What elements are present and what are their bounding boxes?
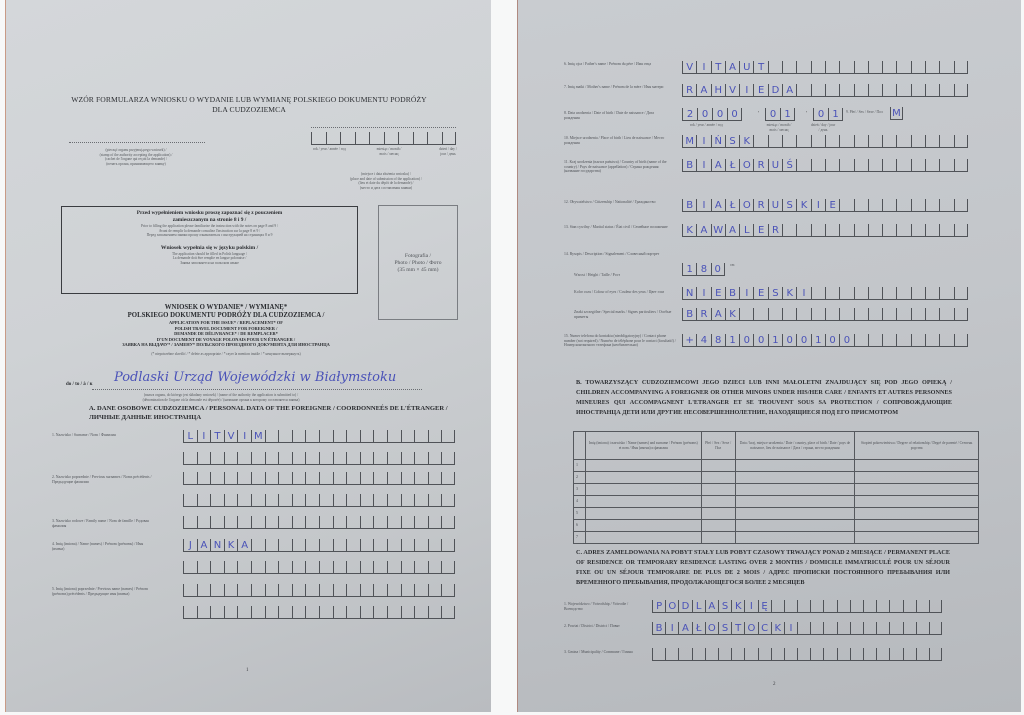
char-box[interactable] (428, 539, 442, 552)
char-box[interactable] (925, 159, 939, 172)
char-box[interactable] (925, 334, 939, 347)
char-box[interactable] (954, 159, 968, 172)
char-box[interactable] (373, 472, 387, 485)
char-box[interactable] (387, 516, 401, 529)
char-box[interactable] (854, 159, 868, 172)
char-box[interactable] (850, 622, 863, 635)
char-box[interactable]: 1 (811, 334, 825, 347)
char-box[interactable] (796, 135, 810, 148)
char-box[interactable] (346, 516, 360, 529)
char-box[interactable] (854, 224, 868, 237)
char-box[interactable]: A (696, 84, 710, 97)
char-box[interactable] (784, 648, 797, 661)
char-box[interactable]: Ł (725, 199, 739, 212)
char-box[interactable]: R (768, 224, 782, 237)
char-box[interactable] (882, 199, 896, 212)
char-box[interactable] (319, 516, 333, 529)
char-box[interactable]: T (711, 61, 725, 74)
char-box[interactable]: Ś (782, 159, 796, 172)
char-box[interactable] (183, 561, 197, 574)
char-box[interactable] (825, 287, 839, 300)
char-box[interactable] (278, 606, 292, 619)
char-box[interactable]: 0 (813, 108, 828, 121)
char-box[interactable]: I (696, 135, 710, 148)
char-box[interactable] (360, 516, 374, 529)
char-input-row[interactable]: LITVIM (183, 430, 455, 443)
char-box[interactable]: K (731, 600, 744, 613)
char-box[interactable] (292, 430, 306, 443)
char-box[interactable] (882, 159, 896, 172)
char-box[interactable] (896, 308, 910, 321)
table-cell[interactable] (855, 532, 979, 544)
char-box[interactable] (237, 516, 251, 529)
table-cell[interactable] (855, 508, 979, 520)
char-box[interactable] (771, 648, 784, 661)
char-box[interactable]: 0 (825, 334, 839, 347)
char-box[interactable]: I (696, 287, 710, 300)
char-box[interactable] (197, 584, 211, 597)
char-box[interactable] (868, 61, 882, 74)
char-box[interactable] (292, 561, 306, 574)
char-box[interactable] (210, 516, 224, 529)
char-box[interactable]: T (210, 430, 224, 443)
char-box[interactable] (428, 430, 442, 443)
char-box[interactable]: U (739, 61, 753, 74)
char-box[interactable] (797, 622, 810, 635)
table-cell[interactable] (735, 532, 855, 544)
char-box[interactable] (441, 516, 455, 529)
char-box[interactable]: S (725, 135, 739, 148)
char-box[interactable]: M (682, 135, 696, 148)
char-box[interactable]: 2 (682, 108, 697, 121)
table-cell[interactable] (701, 532, 735, 544)
char-box[interactable] (373, 606, 387, 619)
char-box[interactable] (796, 308, 810, 321)
char-box[interactable] (854, 199, 868, 212)
char-box[interactable]: B (682, 159, 696, 172)
char-box[interactable] (360, 606, 374, 619)
table-cell[interactable] (701, 484, 735, 496)
char-box[interactable] (360, 494, 374, 507)
char-box[interactable] (810, 622, 823, 635)
char-box[interactable] (925, 84, 939, 97)
char-box[interactable] (224, 452, 238, 465)
table-cell[interactable] (735, 460, 855, 472)
char-box[interactable]: O (744, 622, 757, 635)
char-box[interactable] (414, 430, 428, 443)
char-box[interactable] (854, 135, 868, 148)
char-box[interactable] (373, 561, 387, 574)
char-box[interactable]: 0 (765, 108, 780, 121)
char-box[interactable] (210, 452, 224, 465)
char-box[interactable] (911, 159, 925, 172)
char-box[interactable] (292, 494, 306, 507)
char-box[interactable] (839, 135, 853, 148)
char-box[interactable] (825, 61, 839, 74)
char-box[interactable] (333, 516, 347, 529)
table-cell[interactable] (735, 496, 855, 508)
char-box[interactable]: N (682, 287, 696, 300)
char-input-row[interactable] (183, 494, 455, 507)
char-box[interactable] (183, 516, 197, 529)
char-box[interactable] (929, 648, 942, 661)
char-box[interactable] (796, 159, 810, 172)
char-box[interactable] (346, 561, 360, 574)
table-cell[interactable] (701, 472, 735, 484)
char-box[interactable] (326, 132, 341, 145)
char-input-row[interactable] (183, 584, 455, 597)
char-box[interactable] (925, 135, 939, 148)
char-box[interactable] (739, 308, 753, 321)
char-box[interactable] (292, 452, 306, 465)
char-box[interactable]: A (725, 224, 739, 237)
table-cell[interactable] (735, 484, 855, 496)
char-box[interactable] (771, 600, 784, 613)
char-box[interactable] (387, 539, 401, 552)
char-box[interactable] (916, 600, 929, 613)
char-box[interactable] (278, 494, 292, 507)
char-box[interactable] (265, 494, 279, 507)
char-box[interactable] (401, 584, 415, 597)
char-box[interactable] (876, 600, 889, 613)
char-box[interactable] (889, 648, 902, 661)
char-box[interactable] (265, 539, 279, 552)
char-box[interactable] (387, 494, 401, 507)
table-cell[interactable] (855, 520, 979, 532)
char-box[interactable] (768, 61, 782, 74)
char-box[interactable] (896, 224, 910, 237)
char-box[interactable] (954, 84, 968, 97)
char-box[interactable]: I (665, 622, 678, 635)
char-box[interactable] (854, 61, 868, 74)
char-box[interactable]: I (796, 287, 810, 300)
char-box[interactable] (319, 494, 333, 507)
char-box[interactable] (319, 430, 333, 443)
char-box[interactable]: K (682, 224, 696, 237)
char-box[interactable] (413, 132, 428, 145)
char-box[interactable]: Ł (725, 159, 739, 172)
char-box[interactable] (265, 584, 279, 597)
char-box[interactable] (782, 135, 796, 148)
char-box[interactable] (868, 308, 882, 321)
char-box[interactable] (428, 452, 442, 465)
char-input-row[interactable]: JANKA (183, 539, 455, 552)
special-marks-field[interactable]: BRAK (682, 308, 968, 321)
char-input-row[interactable]: RAHVIEDA (682, 84, 968, 97)
table-cell[interactable] (701, 496, 735, 508)
char-box[interactable] (401, 430, 415, 443)
char-box[interactable] (319, 561, 333, 574)
char-box[interactable] (237, 584, 251, 597)
char-box[interactable]: 1 (780, 108, 795, 121)
char-box[interactable] (278, 561, 292, 574)
char-box[interactable] (265, 452, 279, 465)
char-box[interactable] (797, 648, 810, 661)
char-box[interactable]: 0 (782, 334, 796, 347)
char-box[interactable] (441, 430, 455, 443)
char-box[interactable] (441, 539, 455, 552)
char-box[interactable]: E (753, 84, 767, 97)
char-box[interactable]: 4 (696, 334, 710, 347)
table-cell[interactable] (735, 508, 855, 520)
char-box[interactable] (863, 600, 876, 613)
char-box[interactable] (954, 334, 968, 347)
char-box[interactable] (360, 452, 374, 465)
char-input-row[interactable]: BIAŁORUSKIE (682, 199, 968, 212)
char-box[interactable] (387, 584, 401, 597)
char-box[interactable] (911, 84, 925, 97)
table-cell[interactable] (855, 484, 979, 496)
char-box[interactable] (782, 224, 796, 237)
char-box[interactable] (360, 539, 374, 552)
char-box[interactable] (414, 472, 428, 485)
char-box[interactable] (854, 287, 868, 300)
char-box[interactable] (346, 472, 360, 485)
char-box[interactable] (292, 539, 306, 552)
char-box[interactable] (373, 430, 387, 443)
sex-field[interactable]: M (890, 107, 903, 120)
char-box[interactable] (265, 516, 279, 529)
char-box[interactable] (896, 287, 910, 300)
char-box[interactable] (954, 287, 968, 300)
char-box[interactable] (414, 516, 428, 529)
char-box[interactable] (319, 472, 333, 485)
char-box[interactable] (346, 539, 360, 552)
char-box[interactable] (210, 584, 224, 597)
char-box[interactable]: I (197, 430, 211, 443)
char-box[interactable] (237, 561, 251, 574)
char-box[interactable] (210, 606, 224, 619)
char-box[interactable]: Ń (711, 135, 725, 148)
char-box[interactable] (441, 452, 455, 465)
char-box[interactable]: + (682, 334, 696, 347)
char-box[interactable] (278, 539, 292, 552)
char-box[interactable] (929, 600, 942, 613)
char-box[interactable] (925, 224, 939, 237)
char-input-row[interactable]: BIAŁORUŚ (682, 159, 968, 172)
address-char-row[interactable]: PODLASKIĘ (652, 600, 942, 613)
char-box[interactable] (387, 472, 401, 485)
table-cell[interactable] (855, 496, 979, 508)
dob-month-cells[interactable]: 01 (765, 108, 795, 121)
char-box[interactable] (251, 472, 265, 485)
char-box[interactable]: Ę (758, 600, 771, 613)
char-box[interactable] (305, 494, 319, 507)
char-box[interactable]: 0 (712, 108, 727, 121)
char-box[interactable] (954, 61, 968, 74)
char-box[interactable] (183, 494, 197, 507)
char-box[interactable]: I (784, 622, 797, 635)
char-box[interactable] (224, 494, 238, 507)
char-box[interactable] (837, 622, 850, 635)
char-box[interactable] (925, 61, 939, 74)
char-box[interactable] (251, 452, 265, 465)
char-box[interactable] (837, 648, 850, 661)
char-box[interactable]: O (665, 600, 678, 613)
char-box[interactable] (825, 308, 839, 321)
char-box[interactable] (954, 308, 968, 321)
char-box[interactable] (414, 561, 428, 574)
char-box[interactable] (401, 452, 415, 465)
char-box[interactable] (823, 648, 836, 661)
char-box[interactable] (782, 308, 796, 321)
char-box[interactable] (333, 561, 347, 574)
char-box[interactable] (251, 561, 265, 574)
table-cell[interactable] (701, 520, 735, 532)
char-box[interactable]: N (210, 539, 224, 552)
char-box[interactable] (340, 132, 355, 145)
char-input-row[interactable]: KAWALER (682, 224, 968, 237)
char-box[interactable] (319, 539, 333, 552)
char-box[interactable] (305, 539, 319, 552)
char-box[interactable] (197, 472, 211, 485)
char-box[interactable] (837, 600, 850, 613)
char-box[interactable] (811, 287, 825, 300)
char-box[interactable] (224, 472, 238, 485)
table-cell[interactable] (585, 508, 701, 520)
char-box[interactable] (265, 472, 279, 485)
char-box[interactable] (796, 61, 810, 74)
char-box[interactable] (939, 199, 953, 212)
char-box[interactable] (292, 516, 306, 529)
char-box[interactable]: K (224, 539, 238, 552)
char-box[interactable] (401, 606, 415, 619)
char-box[interactable] (758, 648, 771, 661)
char-box[interactable]: O (739, 199, 753, 212)
char-box[interactable]: H (711, 84, 725, 97)
char-box[interactable] (265, 561, 279, 574)
char-box[interactable] (850, 648, 863, 661)
char-box[interactable] (939, 334, 953, 347)
char-box[interactable] (387, 430, 401, 443)
char-box[interactable] (251, 494, 265, 507)
char-box[interactable] (428, 561, 442, 574)
char-box[interactable] (954, 224, 968, 237)
char-box[interactable] (652, 648, 665, 661)
char-box[interactable] (784, 600, 797, 613)
char-box[interactable]: I (696, 159, 710, 172)
char-box[interactable] (939, 61, 953, 74)
table-cell[interactable] (585, 532, 701, 544)
char-box[interactable] (278, 516, 292, 529)
char-box[interactable]: B (652, 622, 665, 635)
char-box[interactable]: K (771, 622, 784, 635)
char-box[interactable] (333, 539, 347, 552)
char-box[interactable] (797, 600, 810, 613)
char-box[interactable]: I (237, 430, 251, 443)
char-box[interactable]: 8 (696, 263, 710, 276)
char-box[interactable] (903, 600, 916, 613)
table-cell[interactable] (735, 472, 855, 484)
char-box[interactable] (210, 472, 224, 485)
char-box[interactable] (360, 472, 374, 485)
char-box[interactable] (441, 494, 455, 507)
char-box[interactable]: J (183, 539, 197, 552)
char-box[interactable] (346, 494, 360, 507)
char-box[interactable] (441, 472, 455, 485)
char-box[interactable] (210, 494, 224, 507)
char-box[interactable] (360, 584, 374, 597)
char-box[interactable]: O (705, 622, 718, 635)
char-box[interactable] (916, 648, 929, 661)
char-box[interactable] (224, 561, 238, 574)
char-box[interactable] (237, 452, 251, 465)
char-box[interactable] (305, 472, 319, 485)
char-box[interactable] (889, 622, 902, 635)
char-box[interactable] (753, 135, 767, 148)
char-box[interactable] (251, 539, 265, 552)
char-box[interactable] (428, 494, 442, 507)
char-box[interactable] (414, 584, 428, 597)
char-box[interactable] (441, 561, 455, 574)
char-box[interactable] (876, 622, 889, 635)
char-box[interactable] (896, 84, 910, 97)
table-cell[interactable] (585, 520, 701, 532)
char-box[interactable] (839, 224, 853, 237)
char-box[interactable]: L (692, 600, 705, 613)
char-box[interactable]: 8 (711, 334, 725, 347)
table-cell[interactable] (585, 472, 701, 484)
submission-date-cells[interactable] (311, 132, 456, 145)
char-box[interactable] (868, 135, 882, 148)
char-box[interactable] (210, 561, 224, 574)
char-box[interactable] (911, 61, 925, 74)
char-input-row[interactable]: MIŃSK (682, 135, 968, 148)
char-box[interactable] (916, 622, 929, 635)
char-box[interactable] (825, 84, 839, 97)
char-box[interactable]: E (753, 224, 767, 237)
char-box[interactable]: L (739, 224, 753, 237)
char-box[interactable]: W (711, 224, 725, 237)
char-box[interactable] (868, 287, 882, 300)
char-box[interactable] (868, 334, 882, 347)
char-box[interactable] (839, 61, 853, 74)
char-box[interactable]: A (237, 539, 251, 552)
table-cell[interactable] (701, 508, 735, 520)
char-box[interactable] (925, 308, 939, 321)
char-box[interactable] (939, 159, 953, 172)
char-box[interactable] (251, 606, 265, 619)
char-box[interactable]: 0 (739, 334, 753, 347)
char-box[interactable] (197, 606, 211, 619)
char-box[interactable]: A (696, 224, 710, 237)
char-box[interactable] (823, 622, 836, 635)
height-field[interactable]: 180 (682, 263, 725, 276)
char-box[interactable] (825, 224, 839, 237)
char-box[interactable] (387, 606, 401, 619)
dob-year-cells[interactable]: 2000 (682, 108, 742, 121)
char-box[interactable] (854, 334, 868, 347)
char-box[interactable] (839, 308, 853, 321)
char-box[interactable] (939, 84, 953, 97)
char-box[interactable] (954, 135, 968, 148)
char-box[interactable] (939, 287, 953, 300)
char-box[interactable] (954, 199, 968, 212)
char-box[interactable] (811, 159, 825, 172)
char-box[interactable] (868, 224, 882, 237)
char-box[interactable] (333, 584, 347, 597)
char-box[interactable] (360, 561, 374, 574)
char-box[interactable] (197, 452, 211, 465)
char-box[interactable] (428, 584, 442, 597)
char-box[interactable]: 0 (753, 334, 767, 347)
char-box[interactable] (868, 199, 882, 212)
char-box[interactable]: T (753, 61, 767, 74)
char-box[interactable] (903, 622, 916, 635)
char-box[interactable] (839, 199, 853, 212)
char-box[interactable] (925, 287, 939, 300)
char-box[interactable] (333, 606, 347, 619)
